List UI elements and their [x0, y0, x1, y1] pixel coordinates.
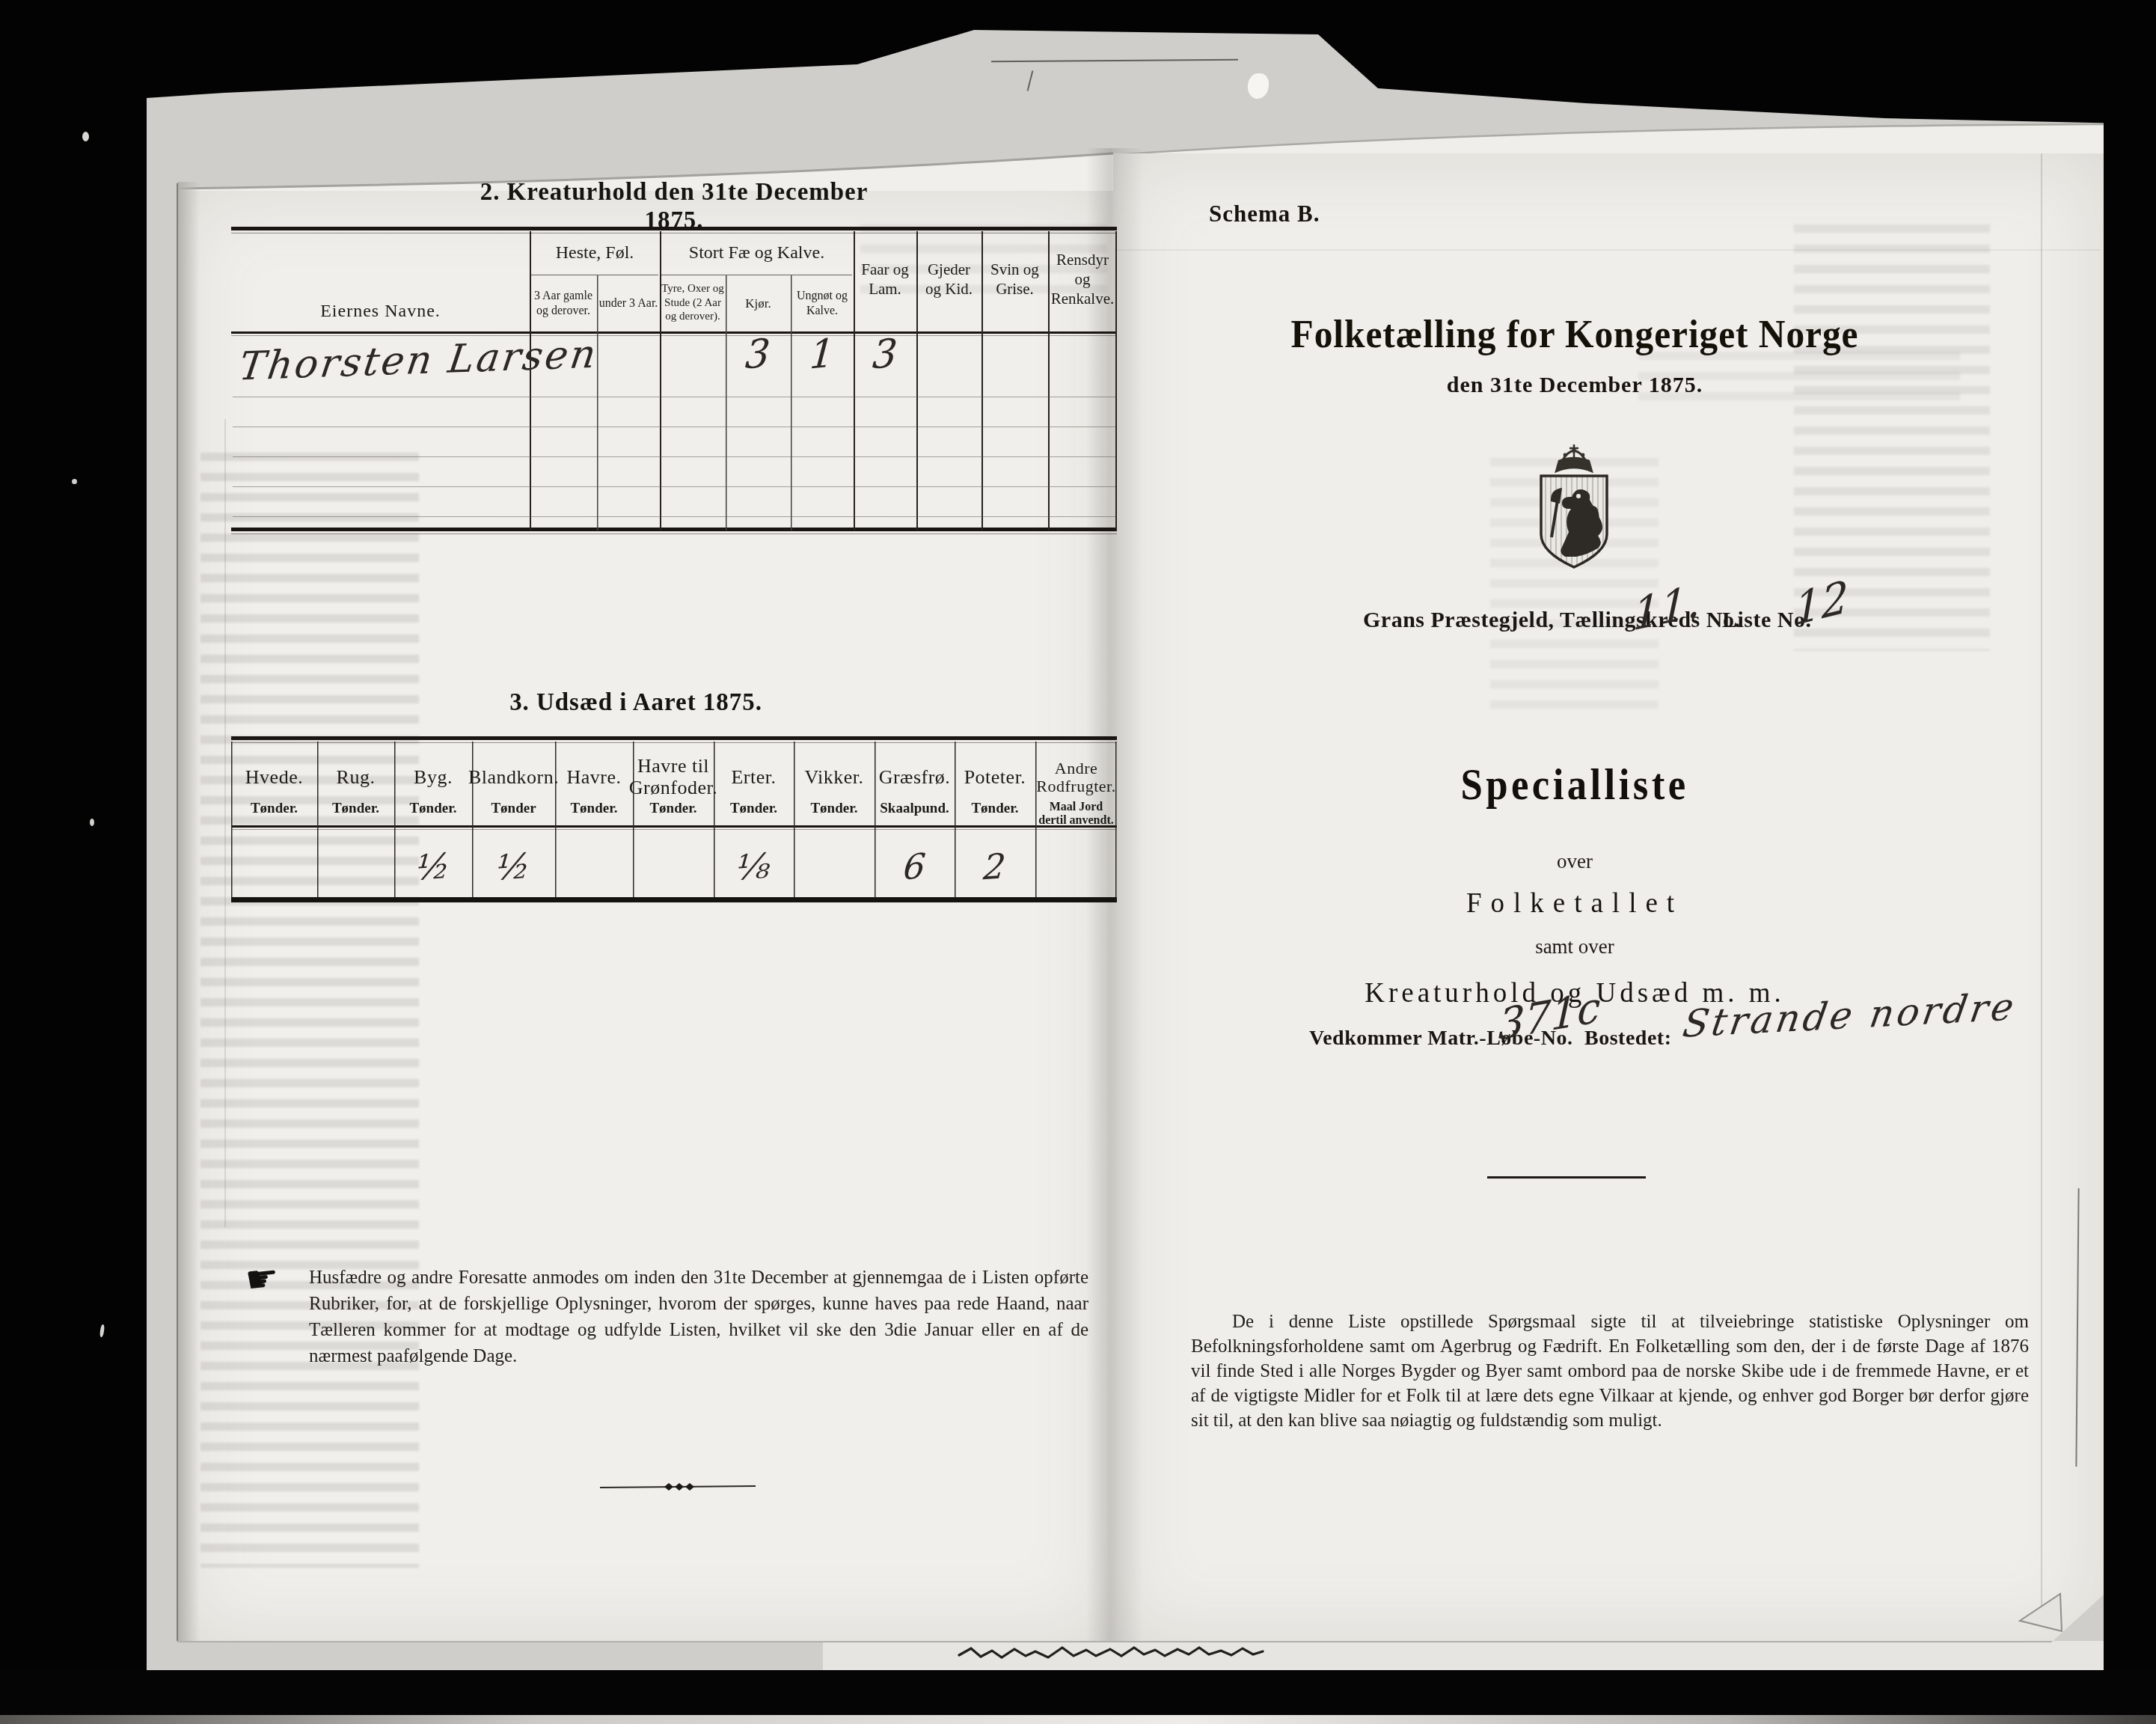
- dog-ear-fold: [2014, 1591, 2066, 1637]
- seed-column-blandkorn: Blandkorn. Tønder ½: [472, 736, 555, 897]
- seed-column-value: 2: [982, 846, 1008, 888]
- seed-table: Hvede. Tønder. Rug. Tønder. Byg. Tønder.…: [231, 736, 1117, 902]
- bosted-label: Bostedet:: [1584, 1027, 1671, 1051]
- group-heste-foel: Heste, Føl.: [530, 236, 660, 270]
- seed-column-label: Vikker.: [804, 754, 863, 801]
- seed-column-unit: Maal Jord dertil anvendt.: [1035, 801, 1117, 828]
- coat-of-arms-norway: [1526, 438, 1622, 578]
- entry-value-faar: 3: [861, 330, 909, 379]
- seed-column-unit: Tønder.: [570, 801, 617, 817]
- seed-column-label: Hvede.: [245, 754, 303, 801]
- seed-column-label: Rug.: [337, 754, 376, 801]
- seed-column-unit: Tønder.: [649, 801, 696, 817]
- scanned-census-document: 2. Kreaturhold den 31te December 1875. E…: [0, 0, 2156, 1724]
- scan-bottom-black-band: [0, 1670, 2156, 1715]
- entry-value-ungnot: 1: [798, 330, 846, 379]
- seed-column-value: ½: [414, 845, 451, 888]
- bleedthrough-text-left-margin: [200, 453, 419, 1568]
- column-heste-under-3-aar: under 3 Aar.: [598, 279, 658, 328]
- seed-column-poteter: Poteter. Tønder. 2: [955, 736, 1035, 897]
- seed-column-byg: Byg. Tønder. ½: [394, 736, 472, 897]
- livestock-table-row-lines: [233, 397, 1115, 524]
- scan-bottom-light-strip: [0, 1715, 2156, 1724]
- seed-column-rug: Rug. Tønder.: [317, 736, 394, 897]
- left-page-edge-line: [177, 183, 178, 1641]
- stortfae-group-underline: [661, 275, 852, 275]
- seed-column-andre-rodfrugter: Andre Rodfrugter. Maal Jord dertil anven…: [1035, 736, 1117, 897]
- group-stort-fae-og-kalve: Stort Fæ og Kalve.: [660, 236, 854, 270]
- footer-ornament: [598, 1479, 757, 1495]
- seed-column-value: 6: [902, 846, 928, 888]
- left-page-footer-note: Husfædre og andre Foresatte anmodes om i…: [309, 1265, 1088, 1369]
- left-band-speck-2: [72, 479, 77, 484]
- seed-column-unit: Tønder.: [810, 801, 857, 817]
- column-ungnot-og-kalve: Ungnøt og Kalve.: [792, 279, 852, 328]
- seed-column-label: Poteter.: [964, 754, 1026, 801]
- seed-column-label: Græsfrø.: [879, 754, 951, 801]
- seed-table-title: 3. Udsæd i Aaret 1875.: [432, 688, 839, 717]
- seed-column-erter: Erter. Tønder. ⅛: [714, 736, 794, 897]
- census-date-line: den 31te December 1875.: [1272, 373, 1878, 398]
- column-gjeder-og-kid: Gjeder og Kid.: [918, 227, 980, 331]
- heste-group-underline: [531, 275, 658, 275]
- seed-column-hvede: Hvede. Tønder.: [231, 736, 317, 897]
- left-band-speck-3: [90, 819, 94, 826]
- seed-column-unit: Skaalpund.: [880, 801, 949, 817]
- seed-column-unit: Tønder.: [971, 801, 1018, 817]
- column-rensdyr-og-renkalve: Rensdyr og Renkalve.: [1050, 227, 1115, 331]
- schema-label: Schema B.: [1209, 201, 1320, 227]
- column-tyre-oxer-stude: Tyre, Oxer og Stude (2 Aar og derover).: [661, 276, 724, 330]
- seed-column-value: ⅛: [735, 845, 772, 888]
- seed-column-label: Byg.: [414, 754, 453, 801]
- heading-samt-over: samt over: [1272, 935, 1878, 959]
- seed-column-value: ½: [495, 845, 532, 888]
- seed-column-havre: Havre. Tønder.: [555, 736, 633, 897]
- seed-column-unit: Tønder: [491, 801, 536, 817]
- column-heste-over-3-aar: 3 Aar gamle og derover.: [531, 279, 595, 328]
- seed-column-unit: Tønder.: [409, 801, 456, 817]
- right-page-top-edge: [1113, 118, 2104, 156]
- column-eiernes-navne: Eiernes Navne.: [231, 294, 530, 328]
- heading-folketallet: Folketallet: [1272, 887, 1878, 920]
- seed-column-vikker: Vikker. Tønder.: [794, 736, 875, 897]
- handwritten-squiggle: [956, 1639, 1315, 1669]
- seed-column-graesfro: Græsfrø. Skaalpund. 6: [875, 736, 955, 897]
- entry-value-kjor: 3: [734, 330, 782, 379]
- right-page-divider-rule: [1487, 1176, 1646, 1179]
- seed-column-unit: Tønder.: [730, 801, 777, 817]
- seed-column-label: Erter.: [731, 754, 776, 801]
- heading-over: over: [1272, 850, 1878, 873]
- column-svin-og-grise: Svin og Grise.: [983, 227, 1047, 331]
- heading-specialliste: Specialliste: [1308, 759, 1842, 810]
- seed-column-label: Havre til Grønfoder.: [629, 754, 717, 801]
- seed-column-label: Andre Rodfrugter.: [1035, 754, 1117, 801]
- census-main-title: Folketælling for Kongeriget Norge: [1287, 313, 1863, 357]
- seed-column-unit: Tønder.: [251, 801, 298, 817]
- left-band-speck-1: [82, 132, 89, 141]
- seed-table-bottom-rule: [231, 897, 1117, 902]
- census-info-paragraph: De i denne Liste opstillede Spørgsmaal s…: [1191, 1309, 2029, 1433]
- column-faar-og-lam: Faar og Lam.: [855, 227, 915, 331]
- manicule-icon: ☛: [243, 1256, 281, 1302]
- column-kjor: Kjør.: [727, 279, 789, 328]
- scan-right-black-edge: [2104, 0, 2156, 1724]
- scan-left-black-edge: [0, 0, 147, 1724]
- seed-column-label: Havre.: [566, 754, 621, 801]
- right-page-crease: [2041, 153, 2042, 1624]
- seed-column-havre-gronfoder: Havre til Grønfoder. Tønder.: [633, 736, 714, 897]
- seed-column-unit: Tønder.: [332, 801, 379, 817]
- left-page-edge-shadow: [177, 182, 200, 1641]
- seed-column-label: Blandkorn.: [468, 754, 559, 801]
